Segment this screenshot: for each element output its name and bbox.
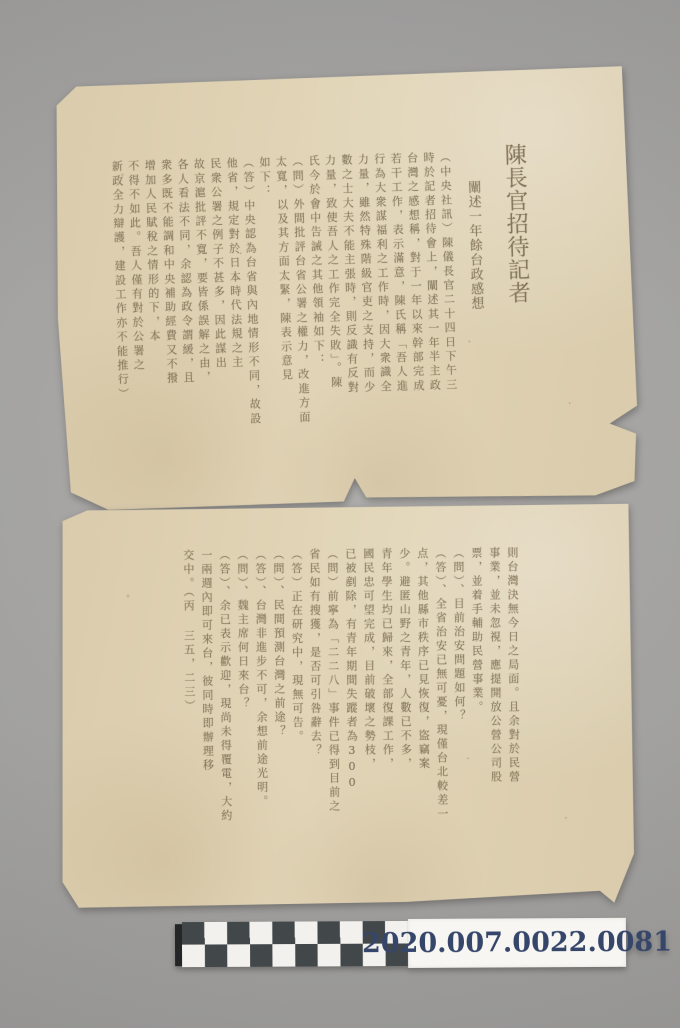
text-column: 事業，並未忽視，應提開放公營公司股: [485, 537, 506, 895]
document-subtitle: 闡述一年餘台政感想: [459, 90, 491, 462]
scale-bar: 2020.007.0022.0081: [175, 918, 626, 969]
top-document-text: 陳長官招待記者 闡述一年餘台政感想 （中央社訊）陳儀長官二十四日下午三時於記者招…: [77, 89, 539, 473]
text-column: 青年學生均已歸來，全部復課工作，: [377, 538, 398, 896]
text-column: 國民忠可望完成，目前破壞之勢枝，: [359, 538, 380, 896]
text-column: （問）、魏主席何日來台？: [233, 539, 254, 897]
text-column: 已被剷除，有青年期間失蹤者為300: [341, 538, 362, 896]
text-column: （問）前寧為「二二八」事件已得到目前之: [323, 538, 344, 896]
catalog-id-label: 2020.007.0022.0081: [408, 918, 626, 968]
text-column: 一兩週內即可來台，彼同時即辦理移: [197, 539, 218, 897]
text-column: （答）、全省治安已無可憂，現僅台北較差一: [431, 537, 452, 895]
text-column: 則台灣決無今日之局面。且余對於民營: [503, 537, 524, 895]
top-document-paper: 陳長官招待記者 闡述一年餘台政感想 （中央社訊）陳儀長官二十四日下午三時於記者招…: [50, 66, 642, 512]
bottom-document: 則台灣決無今日之局面。且余對於民營事業，並未忽視，應提開放公營公司股票，並着手輔…: [58, 504, 635, 910]
text-column: （答）、余已表示歡迎，現尚未得覆電，大約: [215, 539, 236, 897]
text-column: （問）、目前治安問題如何？: [449, 537, 470, 895]
text-column: 点，其他縣市秩序已見恢復，盜竊案: [413, 537, 434, 895]
text-column: （問）、民間預測台灣之前途？: [269, 538, 290, 896]
bottom-document-text: 則台灣決無今日之局面。且余對於民營事業，並未忽視，應提開放公營公司股票，並着手輔…: [89, 537, 524, 898]
text-column: （答）、台灣非進步不可，余想前途光明。: [251, 539, 272, 897]
top-document: 陳長官招待記者 闡述一年餘台政感想 （中央社訊）陳儀長官二十四日下午三時於記者招…: [50, 66, 642, 512]
photo-background: 陳長官招待記者 闡述一年餘台政感想 （中央社訊）陳儀長官二十四日下午三時於記者招…: [0, 0, 680, 1028]
text-column: 票，並着手輔助民營事業。: [467, 537, 488, 895]
bottom-document-paper: 則台灣決無今日之局面。且余對於民營事業，並未忽視，應提開放公營公司股票，並着手輔…: [58, 504, 635, 910]
text-column: 交中。（丙 三五，二三）: [179, 539, 200, 897]
text-column: 省民如有搜獲，是否可引咎辭去？: [305, 538, 326, 896]
document-title: 陳長官招待記者: [494, 89, 538, 462]
catalog-id-text: 2020.007.0022.0081: [362, 927, 672, 960]
text-column: 少。避匿山野之青年，人數已不多，: [395, 537, 416, 895]
text-column: （答）正在研究中，現無可告。: [287, 538, 308, 896]
